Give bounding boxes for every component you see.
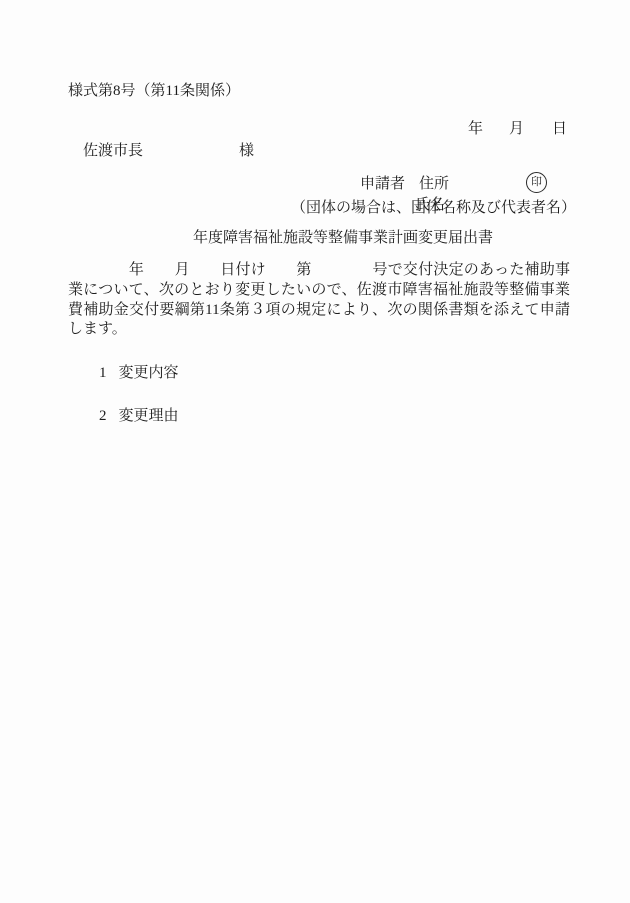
date-year-label: 年 — [468, 121, 483, 137]
date-line: 年月日 — [453, 100, 567, 155]
item-label: 変更内容 — [119, 365, 179, 381]
item-label: 変更理由 — [119, 408, 179, 424]
document-page: 様式第8号（第11条関係） 年月日 佐渡市長様 申請者住所 氏名 印 （団体の場… — [0, 0, 630, 903]
body-paragraph: 年 月 日付け 第 号で交付決定のあった補助事業について、次のとおり変更したいの… — [68, 261, 570, 340]
date-day-label: 日 — [552, 121, 567, 137]
document-title: 年度障害福祉施設等整備事業計画変更届出書 — [0, 226, 630, 247]
addressee-line: 佐渡市長様 — [68, 122, 254, 177]
applicant-group-note: （団体の場合は、団体名称及び代表者名） — [291, 196, 576, 217]
change-item-row: 2変更理由 — [84, 387, 179, 442]
addressee-name: 佐渡市長 — [83, 143, 143, 159]
applicant-label: 申請者 — [360, 176, 405, 192]
addressee-honorific: 様 — [239, 143, 254, 159]
date-month-label: 月 — [509, 121, 524, 137]
item-number: 1 — [99, 365, 107, 381]
item-number: 2 — [99, 408, 107, 424]
form-number: 様式第8号（第11条関係） — [68, 79, 240, 100]
seal-mark: 印 — [526, 172, 547, 193]
